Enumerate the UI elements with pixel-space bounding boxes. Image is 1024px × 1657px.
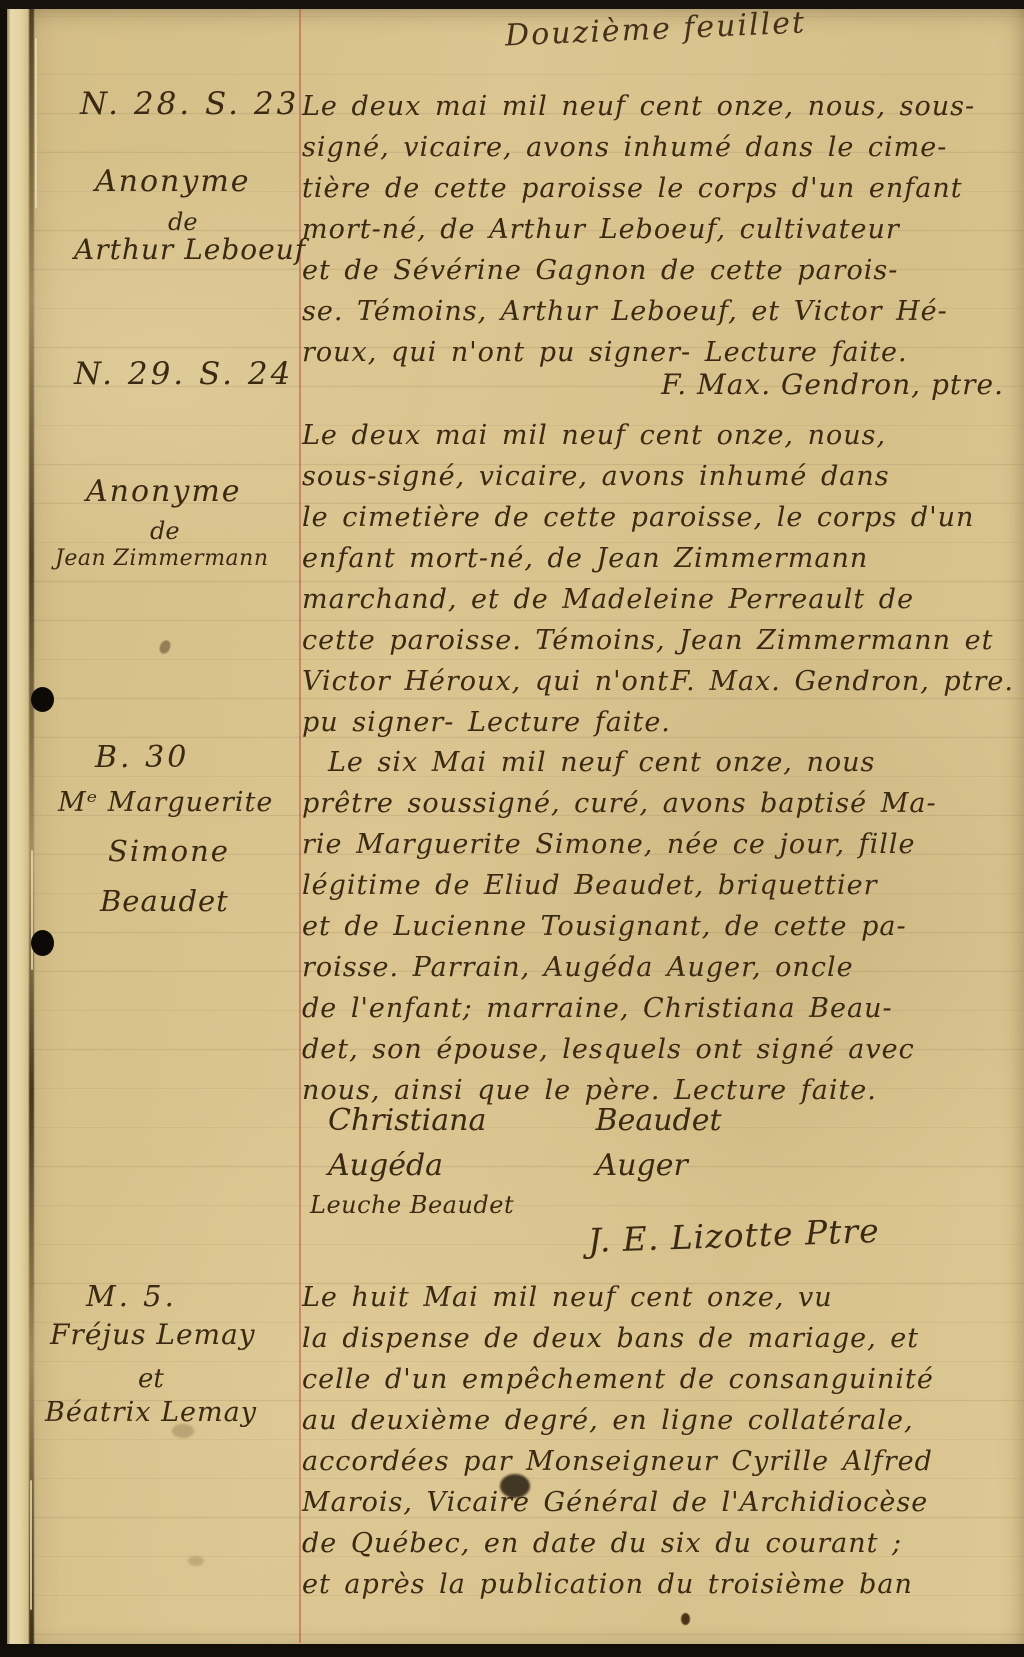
body-line: marchand, et de Madeleine Perreault de xyxy=(302,579,1014,620)
body-line: accordées par Monseigneur Cyrille Alfred xyxy=(302,1441,1014,1482)
entry-code: N. 28. S. 23 xyxy=(80,86,299,122)
priest-signature: F. Max. Gendron, ptre. xyxy=(302,368,1004,401)
body-line: prêtre soussigné, curé, avons baptisé Ma… xyxy=(302,783,1014,824)
binding-thread xyxy=(30,1480,32,1610)
body-line: cette paroisse. Témoins, Jean Zimmermann… xyxy=(302,620,1014,661)
margin-note: et xyxy=(138,1364,164,1394)
body-line: légitime de Eliud Beaudet, briquettier xyxy=(302,865,1014,906)
body-line: Marois, Vicaire Général de l'Archidiocès… xyxy=(302,1482,1014,1523)
priest-signature-inline: F. Max. Gendron, ptre. xyxy=(671,661,1014,702)
body-line: Victor Héroux, qui n'ont F. Max. Gendron… xyxy=(302,661,1014,702)
body-line: au deuxième degré, en ligne collatérale, xyxy=(302,1400,1014,1441)
entry-body: Le six Mai mil neuf cent onze, nous prêt… xyxy=(302,742,1014,1111)
body-line: rie Marguerite Simone, née ce jour, fill… xyxy=(302,824,1014,865)
body-line: signé, vicaire, avons inhumé dans le cim… xyxy=(302,127,1014,168)
margin-note: Jean Zimmermann xyxy=(55,546,269,571)
entry-code: N. 29. S. 24 xyxy=(74,356,293,392)
punch-hole xyxy=(31,687,54,712)
body-line: de l'enfant; marraine, Christiana Beau- xyxy=(302,988,1014,1029)
body-line: tière de cette paroisse le corps d'un en… xyxy=(302,168,1014,209)
body-line: Le huit Mai mil neuf cent onze, vu xyxy=(302,1277,1014,1318)
register-page-scan: Douzième feuillet N. 28. S. 23 Anonyme d… xyxy=(0,0,1024,1657)
body-line: Le deux mai mil neuf cent onze, nous, so… xyxy=(302,86,1014,127)
body-line: det, son épouse, lesquels ont signé avec xyxy=(302,1029,1014,1070)
body-line: la dispense de deux bans de mariage, et xyxy=(302,1318,1014,1359)
body-line: mort-né, de Arthur Leboeuf, cultivateur xyxy=(302,209,1014,250)
smudge xyxy=(172,1424,194,1438)
margin-note: Anonyme xyxy=(86,474,242,509)
entry-code: M. 5. xyxy=(86,1279,177,1313)
body-line-left: Victor Héroux, qui n'ont xyxy=(302,661,669,702)
body-line: de Québec, en date du six du courant ; xyxy=(302,1523,1014,1564)
margin-note: Mᵉ Marguerite xyxy=(58,787,273,818)
margin-note: Beaudet xyxy=(100,884,229,918)
body-line: sous-signé, vicaire, avons inhumé dans xyxy=(302,456,1014,497)
body-line: enfant mort-né, de Jean Zimmermann xyxy=(302,538,1014,579)
binding-crease xyxy=(29,0,34,1657)
body-line: et de Sévérine Gagnon de cette parois- xyxy=(302,250,1014,291)
witness-signature: Beaudet xyxy=(596,1103,722,1138)
binding-shadow xyxy=(0,0,7,1657)
punch-hole xyxy=(31,930,54,956)
entry-body: Le huit Mai mil neuf cent onze, vu la di… xyxy=(302,1277,1014,1605)
binding-thread xyxy=(35,38,37,208)
witness-signature: Augéda xyxy=(328,1148,586,1183)
body-line: Le six Mai mil neuf cent onze, nous xyxy=(302,742,1014,783)
witness-signature: Leuche Beaudet xyxy=(310,1191,514,1219)
scan-border-bottom xyxy=(0,1644,1024,1657)
margin-note: Arthur Leboeuf xyxy=(74,233,306,266)
margin-note: Béatrix Lemay xyxy=(45,1397,257,1428)
torn-binding-edge xyxy=(5,0,30,1657)
margin-note: Fréjus Lemay xyxy=(50,1318,256,1351)
witness-signature-row: Augéda Auger xyxy=(302,1148,1004,1183)
ink-spot xyxy=(681,1613,690,1625)
body-line: pu signer- Lecture faite. xyxy=(302,702,1014,743)
entry-body: Le deux mai mil neuf cent onze, nous, so… xyxy=(302,86,1014,373)
scan-border-top xyxy=(0,0,1024,9)
witness-signature-row: Christiana Beaudet xyxy=(302,1103,1004,1138)
entry-code: B. 30 xyxy=(95,740,189,775)
entry-body: Le deux mai mil neuf cent onze, nous, so… xyxy=(302,415,1014,743)
body-line: roisse. Parrain, Augéda Auger, oncle xyxy=(302,947,1014,988)
body-line: se. Témoins, Arthur Leboeuf, et Victor H… xyxy=(302,291,1014,332)
body-line: le cimetière de cette paroisse, le corps… xyxy=(302,497,1014,538)
body-line: Le deux mai mil neuf cent onze, nous, xyxy=(302,415,1014,456)
witness-signature: Christiana xyxy=(328,1103,586,1138)
body-line: et de Lucienne Tousignant, de cette pa- xyxy=(302,906,1014,947)
margin-note: de xyxy=(168,208,198,236)
witness-signature: Auger xyxy=(596,1148,688,1183)
body-line: roux, qui n'ont pu signer- Lecture faite… xyxy=(302,332,1014,373)
margin-note: de xyxy=(150,517,180,545)
smudge xyxy=(188,1556,204,1566)
margin-note: Simone xyxy=(108,834,230,868)
body-line: et après la publication du troisième ban xyxy=(302,1564,1014,1605)
margin-note: Anonyme xyxy=(95,164,251,199)
ink-blot xyxy=(500,1474,530,1498)
body-line: celle d'un empêchement de consanguinité xyxy=(302,1359,1014,1400)
binding-thread xyxy=(31,850,33,970)
